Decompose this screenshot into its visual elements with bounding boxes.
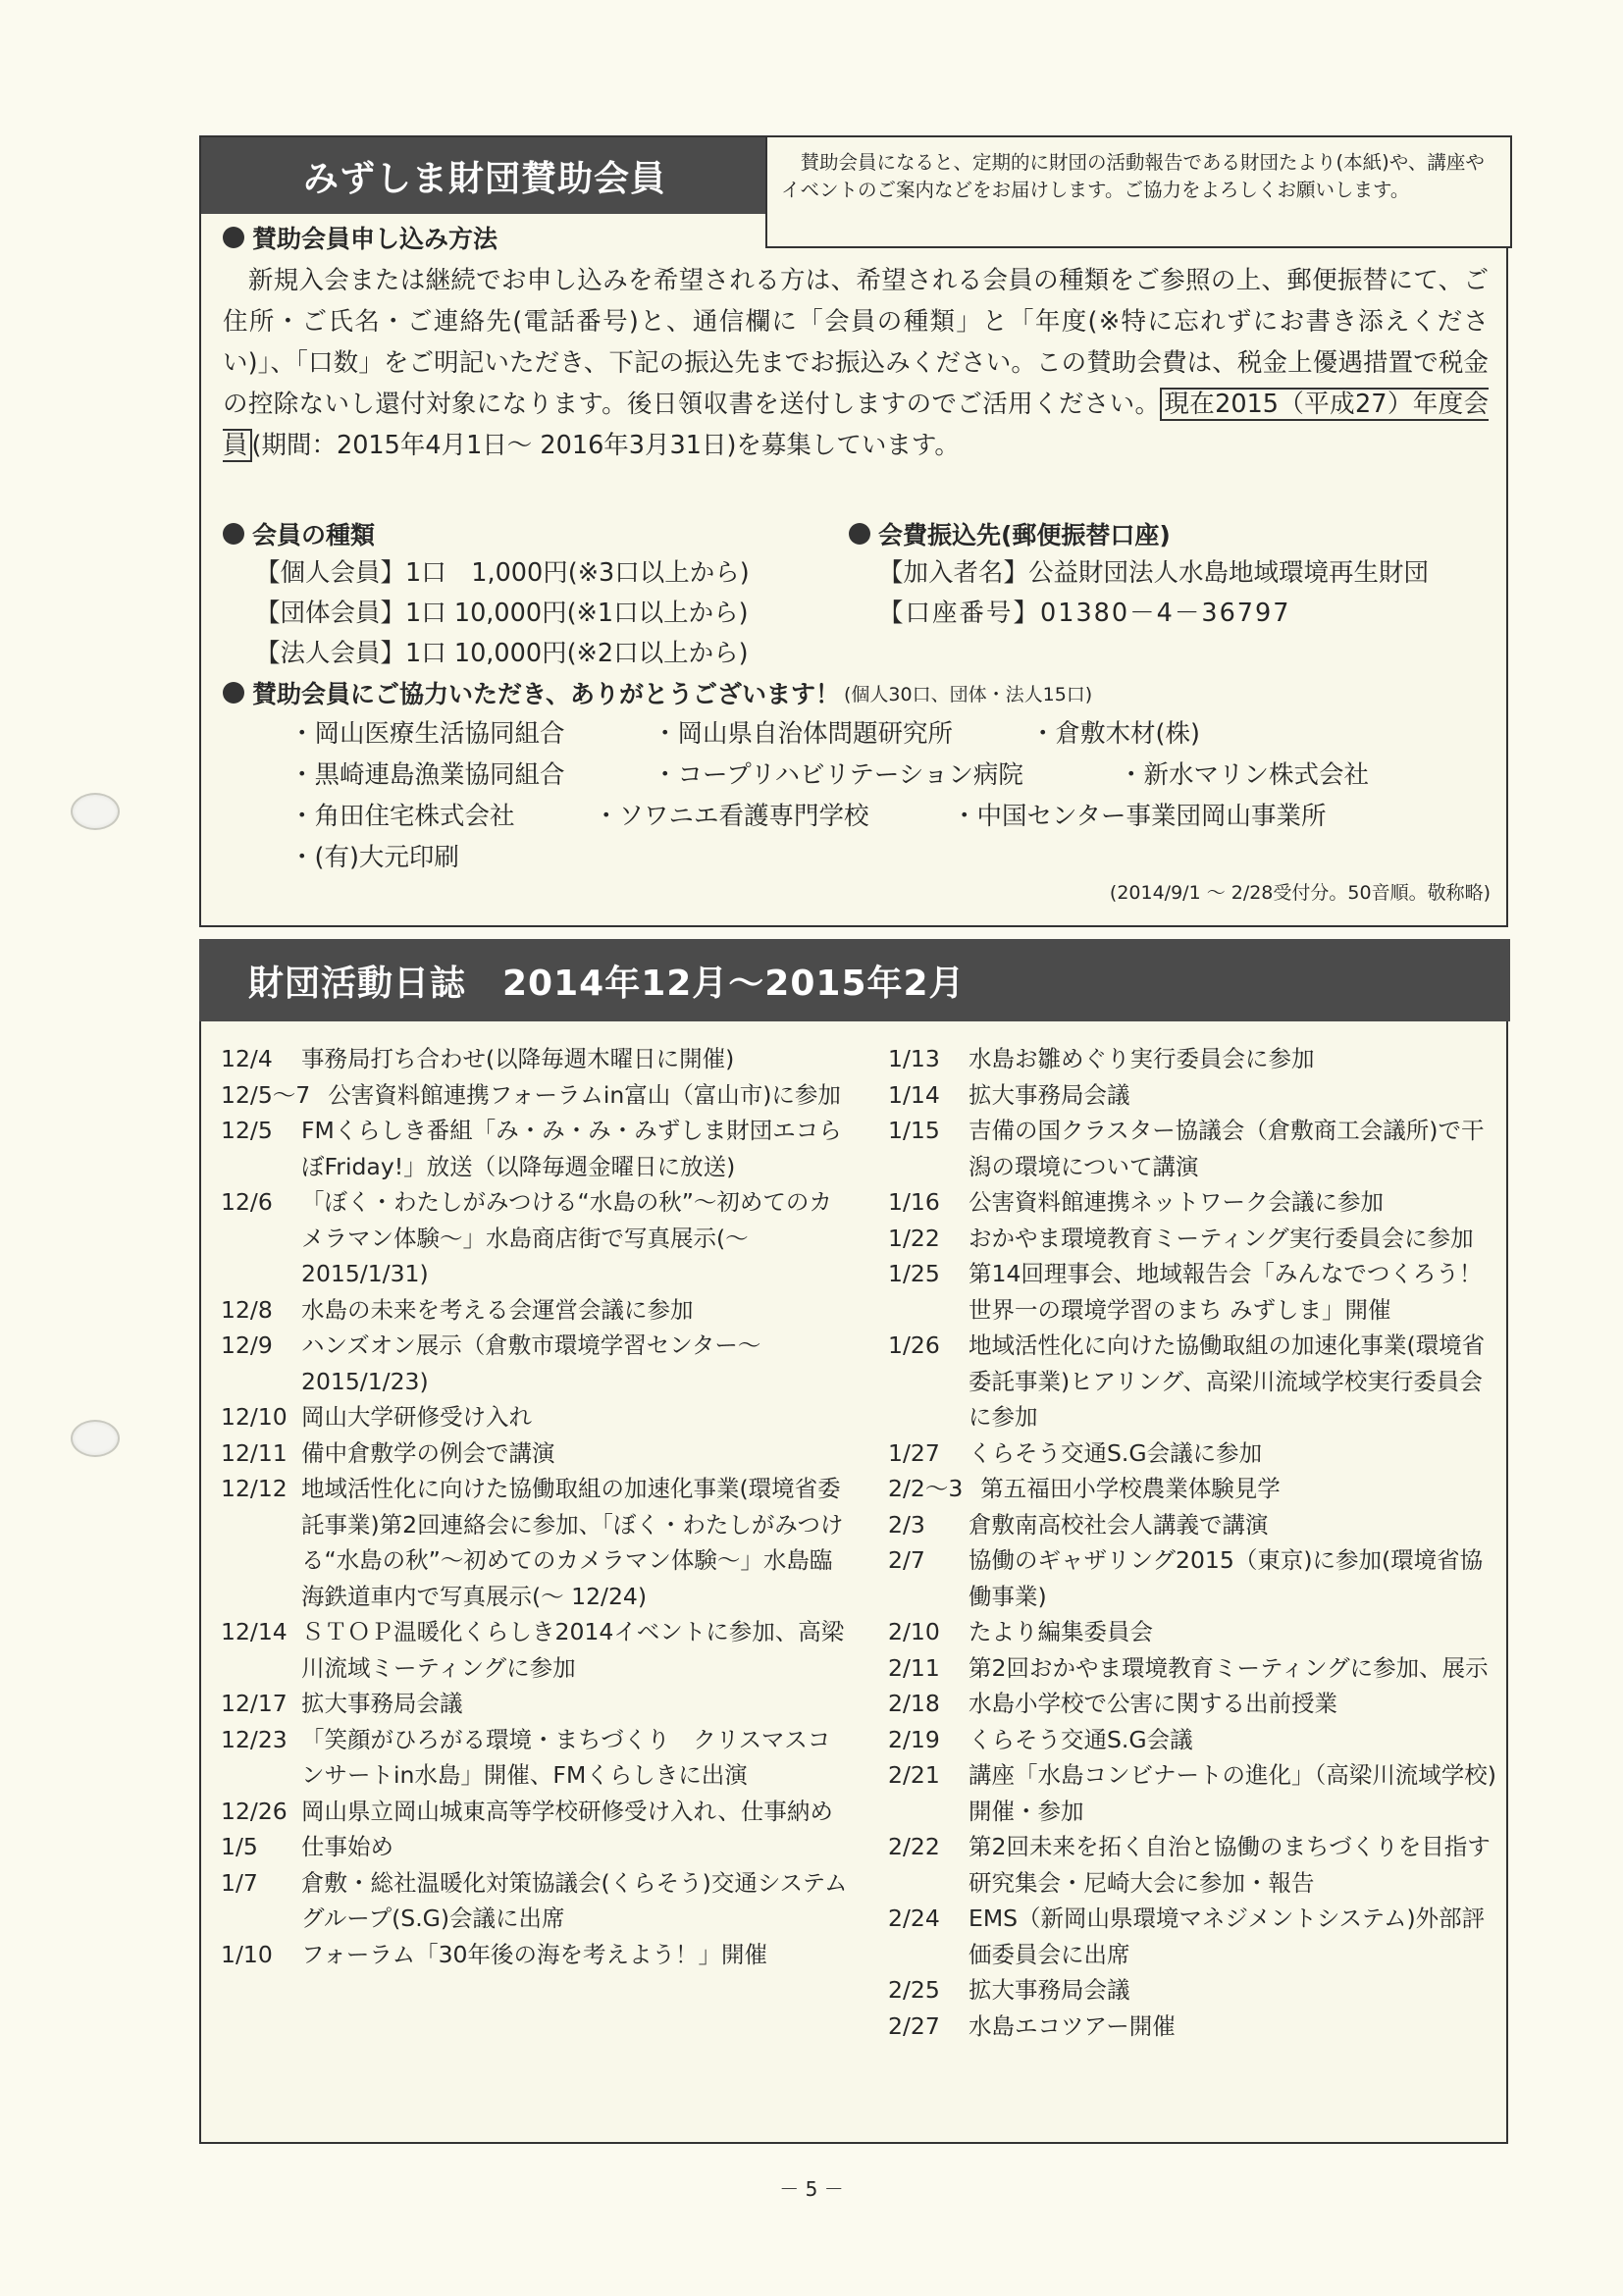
diary-date: 12/4	[221, 1041, 301, 1077]
diary-text: 岡山大学研修受け入れ	[301, 1399, 849, 1435]
diary-entry: 12/14ＳＴＯＰ温暖化くらしき2014イベントに参加、高梁川流域ミーティングに…	[221, 1614, 849, 1686]
membership-label: 【法人会員】	[255, 639, 405, 668]
diary-date: 12/23	[221, 1722, 301, 1794]
diary-entry: 1/10フォーラム「30年後の海を考えよう！」開催	[221, 1937, 849, 1973]
diary-right-column: 1/13水島お雛めぐり実行委員会に参加1/14拡大事務局会議1/15吉備の国クラ…	[888, 1041, 1496, 2044]
diary-text: くらそう交通S.G会議	[969, 1722, 1496, 1758]
diary-entry: 12/8水島の未来を考える会運営会議に参加	[221, 1292, 849, 1329]
diary-entry: 1/14拡大事務局会議	[888, 1077, 1496, 1114]
payment-label: 【加入者名】	[878, 558, 1028, 588]
diary-entry: 12/11備中倉敷学の例会で講演	[221, 1435, 849, 1472]
donor-item: ・岡山県自治体問題研究所	[653, 714, 953, 750]
diary-entry: 2/22第2回未来を拓く自治と協働のまちづくりを目指す研究集会・尼崎大会に参加・…	[888, 1829, 1496, 1901]
membership-label: 【個人会員】	[255, 558, 405, 588]
diary-entry: 2/24EMS（新岡山県環境マネジメントシステム)外部評価委員会に出席	[888, 1901, 1496, 1972]
diary-text: たより編集委員会	[969, 1614, 1496, 1650]
membership-type-group: 【団体会員】1口 10,000円(※1口以上から)	[255, 594, 749, 629]
diary-text: 水島エコツアー開催	[969, 2009, 1496, 2045]
diary-date: 1/26	[888, 1328, 969, 1435]
diary-date: 12/12	[221, 1471, 301, 1614]
diary-date: 2/3	[888, 1507, 969, 1543]
diary-entry: 12/9ハンズオン展示（倉敷市環境学習センター～ 2015/1/23)	[221, 1328, 849, 1399]
diary-text: 水島お雛めぐり実行委員会に参加	[969, 1041, 1496, 1077]
membership-type-individual: 【個人会員】1口 1,000円(※3口以上から)	[255, 553, 750, 589]
how-to-apply-heading: 賛助会員申し込み方法	[223, 220, 497, 255]
diary-date: 12/5	[221, 1113, 301, 1184]
diary-date: 12/14	[221, 1614, 301, 1686]
diary-text: 第2回未来を拓く自治と協働のまちづくりを目指す研究集会・尼崎大会に参加・報告	[969, 1829, 1496, 1901]
donor-item: ・ソワニエ看護専門学校	[594, 797, 869, 832]
diary-entry: 12/5～7公害資料館連携フォーラムin富山（富山市)に参加	[221, 1077, 849, 1114]
diary-entry: 1/25第14回理事会、地域報告会「みんなでつくろう！世界一の環境学習のまち み…	[888, 1256, 1496, 1328]
donor-item: ・黒崎連島漁業協同組合	[289, 756, 565, 791]
diary-text: 吉備の国クラスター協議会（倉敷商工会議所)で干潟の環境について講演	[969, 1113, 1496, 1184]
donors-footnote: (2014/9/1 ～ 2/28受付分。50音順。敬称略)	[1110, 878, 1491, 905]
diary-date: 2/19	[888, 1722, 969, 1758]
diary-text: 拡大事務局会議	[969, 1972, 1496, 2009]
diary-entry: 2/2～3第五福田小学校農業体験見学	[888, 1471, 1496, 1507]
bullet-icon	[849, 523, 870, 545]
diary-text: EMS（新岡山県環境マネジメントシステム)外部評価委員会に出席	[969, 1901, 1496, 1972]
donor-item: ・中国センター事業団岡山事業所	[952, 797, 1326, 832]
diary-date: 1/13	[888, 1041, 969, 1077]
diary-date: 1/27	[888, 1435, 969, 1472]
diary-entry: 2/21講座「水島コンビナートの進化」（高梁川流域学校)開催・参加	[888, 1757, 1496, 1829]
diary-date: 12/9	[221, 1328, 301, 1399]
diary-entry: 1/13水島お雛めぐり実行委員会に参加	[888, 1041, 1496, 1077]
diary-text: 倉敷・総社温暖化対策協議会(くらそう)交通システムグループ(S.G)会議に出席	[301, 1865, 849, 1937]
thanks-heading: 賛助会員にご協力いただき、ありがとうございます！ (個人30口、団体・法人15口…	[223, 675, 1092, 710]
bullet-icon	[223, 227, 244, 248]
diary-entry: 2/18水島小学校で公害に関する出前授業	[888, 1686, 1496, 1722]
payment-heading: 会費振込先(郵便振替口座)	[849, 516, 1171, 551]
donor-item: ・コープリハビリテーション病院	[653, 756, 1023, 791]
diary-text: ハンズオン展示（倉敷市環境学習センター～ 2015/1/23)	[301, 1328, 849, 1399]
diary-entry: 12/17拡大事務局会議	[221, 1686, 849, 1722]
diary-text: 拡大事務局会議	[969, 1077, 1496, 1114]
diary-text: 地域活性化に向けた協働取組の加速化事業(環境省委託事業)第2回連絡会に参加、「ぼ…	[301, 1471, 849, 1614]
diary-date: 2/22	[888, 1829, 969, 1901]
membership-types-heading: 会員の種類	[223, 516, 375, 551]
diary-text: 講座「水島コンビナートの進化」（高梁川流域学校)開催・参加	[969, 1757, 1496, 1829]
diary-left-column: 12/4事務局打ち合わせ(以降毎週木曜日に開催)12/5～7公害資料館連携フォー…	[221, 1041, 849, 1972]
diary-text: 公害資料館連携フォーラムin富山（富山市)に参加	[328, 1077, 849, 1114]
diary-date: 2/25	[888, 1972, 969, 2009]
diary-entry: 12/5FMくらしき番組「み・み・み・みずしま財団エコらぼFriday!」放送（…	[221, 1113, 849, 1184]
membership-label: 【団体会員】	[255, 599, 405, 628]
diary-date: 1/14	[888, 1077, 969, 1114]
diary-entry: 12/12地域活性化に向けた協働取組の加速化事業(環境省委託事業)第2回連絡会に…	[221, 1471, 849, 1614]
membership-type-corporate: 【法人会員】1口 10,000円(※2口以上から)	[255, 634, 749, 669]
diary-date: 12/5～7	[221, 1077, 310, 1114]
diary-date: 1/15	[888, 1113, 969, 1184]
donor-item: ・(有)大元印刷	[289, 838, 459, 873]
diary-date: 1/7	[221, 1865, 301, 1937]
thanks-heading-text: 賛助会員にご協力いただき、ありがとうございます！	[252, 675, 840, 710]
diary-entry: 1/22おかやま環境教育ミーティング実行委員会に参加	[888, 1221, 1496, 1257]
diary-text: おかやま環境教育ミーティング実行委員会に参加	[969, 1221, 1496, 1257]
diary-date: 12/10	[221, 1399, 301, 1435]
diary-entry: 1/5仕事始め	[221, 1829, 849, 1865]
binder-hole-bottom	[71, 1420, 120, 1457]
diary-entry: 1/26地域活性化に向けた協働取組の加速化事業(環境省委託事業)ヒアリング、高梁…	[888, 1328, 1496, 1435]
diary-text: ＳＴＯＰ温暖化くらしき2014イベントに参加、高梁川流域ミーティングに参加	[301, 1614, 849, 1686]
donor-item: ・倉敷木材(株)	[1030, 714, 1200, 750]
diary-text: 備中倉敷学の例会で講演	[301, 1435, 849, 1472]
diary-date: 2/2～3	[888, 1471, 963, 1507]
membership-types-heading-text: 会員の種類	[252, 516, 375, 551]
diary-entry: 2/3倉敷南高校社会人講義で講演	[888, 1507, 1496, 1543]
diary-entry: 2/7協働のギャザリング2015（東京)に参加(環境省協働事業)	[888, 1542, 1496, 1614]
diary-entry: 2/27水島エコツアー開催	[888, 2009, 1496, 2045]
binder-hole-top	[71, 793, 120, 830]
diary-entry: 2/11第2回おかやま環境教育ミーティングに参加、展示	[888, 1650, 1496, 1687]
diary-date: 2/21	[888, 1757, 969, 1829]
how-to-apply-text: 新規入会または継続でお申し込みを希望される方は、希望される会員の種類をご参照の上…	[223, 260, 1489, 466]
diary-text: 岡山県立岡山城東高等学校研修受け入れ、仕事納め	[301, 1794, 849, 1830]
diary-entry: 2/19くらそう交通S.G会議	[888, 1722, 1496, 1758]
diary-entry: 12/23「笑顔がひろがる環境・まちづくり クリスマスコンサートin水島」開催、…	[221, 1722, 849, 1794]
diary-text: くらそう交通S.G会議に参加	[969, 1435, 1496, 1472]
diary-entry: 1/15吉備の国クラスター協議会（倉敷商工会議所)で干潟の環境について講演	[888, 1113, 1496, 1184]
payment-account-name: 【加入者名】公益財団法人水島地域環境再生財団	[878, 553, 1429, 589]
supporters-title: みずしま財団賛助会員	[201, 137, 768, 214]
diary-date: 2/7	[888, 1542, 969, 1614]
supporters-intro: 賛助会員になると、定期的に財団の活動報告である財団たより(本紙)や、講座やイベン…	[765, 135, 1512, 248]
diary-entry: 2/10たより編集委員会	[888, 1614, 1496, 1650]
diary-text: 倉敷南高校社会人講義で講演	[969, 1507, 1496, 1543]
diary-entry: 12/10岡山大学研修受け入れ	[221, 1399, 849, 1435]
diary-date: 12/8	[221, 1292, 301, 1329]
diary-entry: 1/7倉敷・総社温暖化対策協議会(くらそう)交通システムグループ(S.G)会議に…	[221, 1865, 849, 1937]
diary-date: 2/11	[888, 1650, 969, 1687]
membership-detail: 1口 10,000円(※2口以上から)	[405, 639, 749, 668]
membership-detail: 1口 1,000円(※3口以上から)	[405, 558, 750, 588]
diary-entry: 12/6「ぼく・わたしがみつける“水島の秋”～初めてのカメラマン体験～」水島商店…	[221, 1184, 849, 1292]
diary-date: 2/27	[888, 2009, 969, 2045]
diary-text: 協働のギャザリング2015（東京)に参加(環境省協働事業)	[969, 1542, 1496, 1614]
how-to-apply-heading-text: 賛助会員申し込み方法	[252, 220, 497, 255]
how-to-text-after: (期間：2015年4月1日～ 2016年3月31日)を募集しています。	[252, 431, 960, 460]
payment-value: 01380－4－36797	[1040, 599, 1290, 628]
bullet-icon	[223, 523, 244, 545]
diary-entry: 2/25拡大事務局会議	[888, 1972, 1496, 2009]
diary-text: 「笑顔がひろがる環境・まちづくり クリスマスコンサートin水島」開催、FMくらし…	[301, 1722, 849, 1794]
diary-text: 公害資料館連携ネットワーク会議に参加	[969, 1184, 1496, 1221]
donor-item: ・角田住宅株式会社	[289, 797, 515, 832]
diary-date: 12/11	[221, 1435, 301, 1472]
payment-account-number: 【口座番号】01380－4－36797	[878, 594, 1290, 629]
diary-date: 1/16	[888, 1184, 969, 1221]
diary-entry: 12/26岡山県立岡山城東高等学校研修受け入れ、仕事納め	[221, 1794, 849, 1830]
diary-title: 財団活動日誌 2014年12月～2015年2月	[199, 939, 1510, 1021]
diary-text: フォーラム「30年後の海を考えよう！」開催	[301, 1937, 849, 1973]
bullet-icon	[223, 682, 244, 704]
diary-date: 2/10	[888, 1614, 969, 1650]
diary-date: 1/10	[221, 1937, 301, 1973]
activity-diary-section: 財団活動日誌 2014年12月～2015年2月 12/4事務局打ち合わせ(以降毎…	[199, 939, 1508, 2144]
diary-text: FMくらしき番組「み・み・み・みずしま財団エコらぼFriday!」放送（以降毎週…	[301, 1113, 849, 1184]
payment-label: 【口座番号】	[878, 599, 1040, 628]
diary-date: 1/22	[888, 1221, 969, 1257]
membership-detail: 1口 10,000円(※1口以上から)	[405, 599, 749, 628]
diary-date: 1/5	[221, 1829, 301, 1865]
diary-date: 12/26	[221, 1794, 301, 1830]
page-number: － 5 －	[0, 2173, 1623, 2202]
diary-text: 仕事始め	[301, 1829, 849, 1865]
thanks-counts: (個人30口、団体・法人15口)	[844, 680, 1092, 706]
diary-entry: 1/16公害資料館連携ネットワーク会議に参加	[888, 1184, 1496, 1221]
diary-text: 水島の未来を考える会運営会議に参加	[301, 1292, 849, 1329]
payment-value: 公益財団法人水島地域環境再生財団	[1028, 558, 1429, 588]
diary-text: 事務局打ち合わせ(以降毎週木曜日に開催)	[301, 1041, 849, 1077]
payment-heading-text: 会費振込先(郵便振替口座)	[878, 516, 1171, 551]
diary-text: 第14回理事会、地域報告会「みんなでつくろう！世界一の環境学習のまち みずしま」…	[969, 1256, 1496, 1328]
diary-text: 第五福田小学校農業体験見学	[980, 1471, 1496, 1507]
diary-date: 12/17	[221, 1686, 301, 1722]
diary-entry: 1/27くらそう交通S.G会議に参加	[888, 1435, 1496, 1472]
diary-date: 2/24	[888, 1901, 969, 1972]
diary-text: 「ぼく・わたしがみつける“水島の秋”～初めてのカメラマン体験～」水島商店街で写真…	[301, 1184, 849, 1292]
diary-text: 拡大事務局会議	[301, 1686, 849, 1722]
diary-text: 水島小学校で公害に関する出前授業	[969, 1686, 1496, 1722]
diary-date: 2/18	[888, 1686, 969, 1722]
diary-date: 12/6	[221, 1184, 301, 1292]
diary-text: 地域活性化に向けた協働取組の加速化事業(環境省委託事業)ヒアリング、高梁川流域学…	[969, 1328, 1496, 1435]
diary-text: 第2回おかやま環境教育ミーティングに参加、展示	[969, 1650, 1496, 1687]
supporters-section: みずしま財団賛助会員 賛助会員になると、定期的に財団の活動報告である財団たより(…	[199, 135, 1508, 927]
diary-date: 1/25	[888, 1256, 969, 1328]
donor-item: ・岡山医療生活協同組合	[289, 714, 565, 750]
diary-entry: 12/4事務局打ち合わせ(以降毎週木曜日に開催)	[221, 1041, 849, 1077]
donor-item: ・新水マリン株式会社	[1119, 756, 1369, 791]
